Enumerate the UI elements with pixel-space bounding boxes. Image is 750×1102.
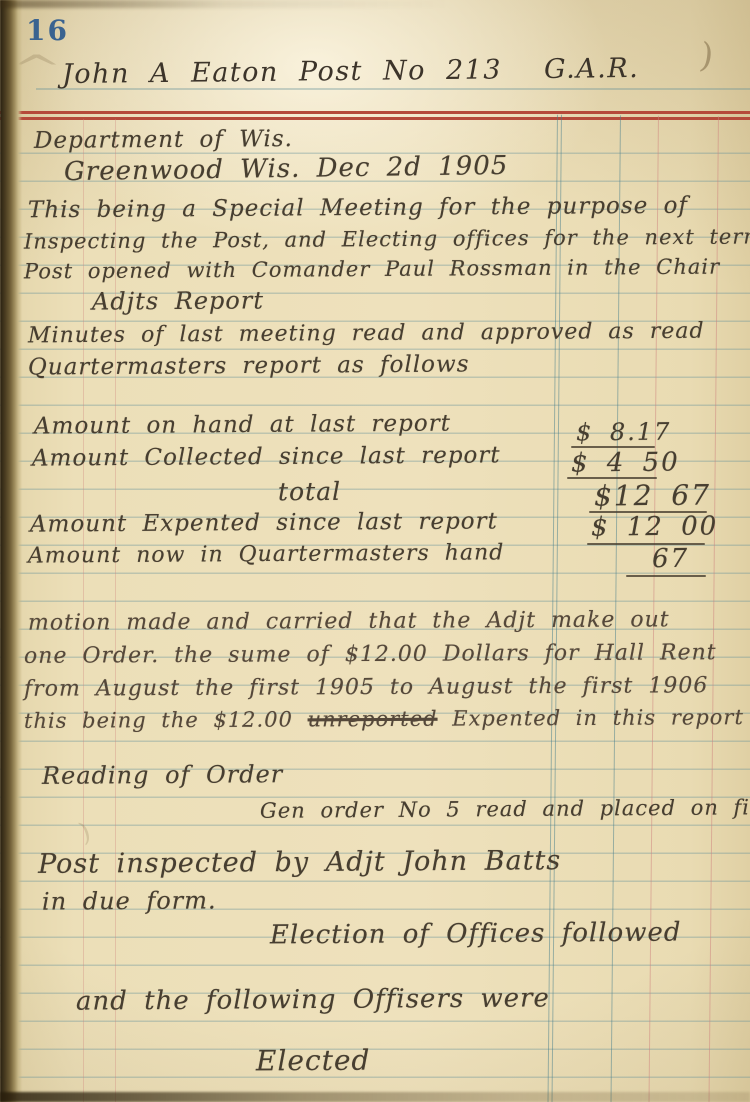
book-binding-edge — [0, 0, 22, 1102]
line-amt-balance: 67 — [652, 545, 689, 574]
org-abbreviation: G.A.R. — [544, 53, 640, 85]
line-amount-now: Amount now in Quartermasters hand — [28, 541, 504, 569]
page-bottom-edge — [0, 1092, 750, 1102]
struck-out-word: unreported — [308, 707, 438, 732]
struck-line-pre: this being the $12.00 — [24, 707, 308, 732]
post-name: John A Eaton Post No 213 — [62, 54, 502, 90]
struck-line-post: Expented in this report — [437, 705, 743, 731]
line-amount-expented: Amount Expented since last report — [30, 509, 498, 538]
line-amt-expented: $ 12 00 — [591, 512, 718, 542]
line-motion-3: from August the first 1905 to August the… — [24, 674, 708, 702]
line-minutes: Minutes of last meeting read and approve… — [28, 320, 705, 349]
line-election: Election of Offices followed — [270, 919, 682, 950]
line-this-being-12: this being the $12.00 unreported Expente… — [24, 706, 744, 733]
line-and-following: and the following Offisers were — [76, 984, 550, 1016]
line-post-opened: Post opened with Comander Paul Rossman i… — [24, 256, 720, 284]
line-in-due-form: in due form. — [42, 887, 217, 915]
line-adjts-report: Adjts Report — [92, 287, 264, 315]
line-purpose-1: This being a Special Meeting for the pur… — [28, 194, 688, 224]
line-total-label: total — [278, 478, 341, 506]
line-amt-total: $12 67 — [594, 480, 711, 512]
line-motion-2: one Order. the sume of $12.00 Dollars fo… — [24, 641, 717, 669]
line-amt-collected: $ 4 50 — [571, 449, 680, 479]
pencil-mark-top-right: ) — [697, 35, 716, 76]
line-amount-collected: Amount Collected since last report — [32, 443, 501, 472]
page-top-edge — [0, 0, 750, 8]
ledger-title: John A Eaton Post No 213G.A.R. — [62, 53, 640, 90]
line-gen-order: Gen order No 5 read and placed on file — [260, 796, 750, 823]
line-amount-on-hand: Amount on hand at last report — [34, 412, 451, 440]
line-post-inspected: Post inspected by Adjt John Batts — [38, 846, 561, 879]
ledger-page: 16 John A Eaton Post No 213G.A.R. Depart… — [0, 0, 750, 1102]
line-amt-on-hand: $ 8.17 — [576, 419, 672, 446]
line-qm-report: Quartermasters report as follows — [28, 352, 470, 380]
line-dateline: Greenwood Wis. Dec 2d 1905 — [64, 152, 509, 187]
line-department: Department of Wis. — [34, 127, 293, 154]
amount-underline-amt-balance — [626, 575, 706, 577]
line-reading-orders: Reading of Order — [42, 761, 283, 789]
line-elected: Elected — [256, 1046, 371, 1078]
line-motion-1: motion made and carried that the Adjt ma… — [28, 608, 670, 636]
page-number: 16 — [26, 14, 69, 47]
